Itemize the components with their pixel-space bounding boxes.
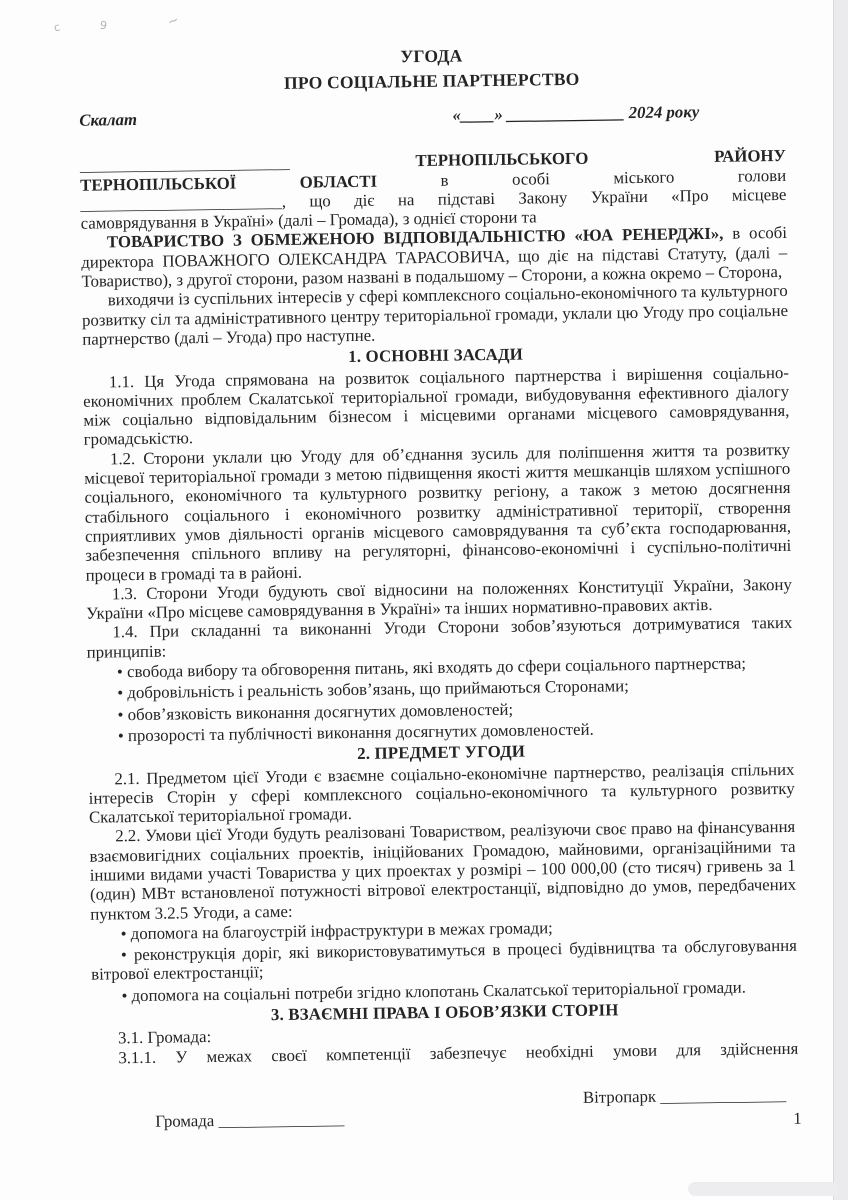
text: 2.2. Умови цієї Угоди будуть реалізовані… [89, 817, 796, 923]
bullet-dot-icon: • [121, 986, 131, 1005]
place-label: Скалат [79, 110, 137, 130]
page-number: 1 [793, 1109, 802, 1128]
text: 2.1. Предметом цієї Угоди є взаємне соці… [89, 759, 795, 826]
paragraph: 1.1. Ця Угода спрямована на розвиток соц… [83, 362, 790, 449]
scanned-page: УГОДА ПРО СОЦІАЛЬНЕ ПАРТНЕРСТВО Скалат «… [78, 0, 801, 1200]
text: виходячи із суспільних інтересів у сфері… [82, 281, 788, 348]
paragraph: 2.1. Предметом цієї Угоди є взаємне соці… [88, 759, 795, 827]
document-body: _________________________ ТЕРНОПІЛЬСЬКОГ… [80, 146, 799, 1067]
date-blank-line: «____» ______________ 2024 року [452, 101, 785, 125]
signature-blank-hromada: _______________ [218, 1109, 344, 1130]
bullet-dot-icon: • [120, 924, 130, 943]
signature-label-vitropark: Вітропарк [583, 1087, 656, 1107]
paragraph: 1.2. Сторони уклали цю Угоду для об’єдна… [84, 440, 792, 585]
bullet-dot-icon: • [118, 726, 128, 745]
bullet-dot-icon: • [117, 683, 127, 702]
place-and-date-row: Скалат «____» ______________ 2024 року [79, 101, 785, 130]
text: 1.2. Сторони уклали цю Угоду для об’єдна… [84, 440, 791, 585]
signature-label-hromada: Громада [155, 1111, 214, 1131]
paragraph: виходячи із суспільних інтересів у сфері… [82, 281, 789, 349]
bullet-dot-icon: • [117, 705, 127, 724]
text [290, 151, 416, 172]
paragraph: ТОВАРИСТВО З ОБМЕЖЕНОЮ ВІДПОВІДАЛЬНІСТЮ … [81, 223, 788, 291]
scan-page-edge [833, 0, 848, 1200]
signature-blank-vitropark: _______________ [660, 1085, 786, 1106]
bullet-dot-icon: • [121, 945, 134, 964]
text: 1.1. Ця Угода спрямована на розвиток соц… [83, 362, 789, 449]
signature-line-hromada: Громада _______________ [155, 1109, 344, 1131]
text: _________________________ [80, 153, 290, 175]
pencil-mark: c [53, 21, 61, 33]
paragraph: 2.2. Умови цієї Угоди будуть реалізовані… [89, 817, 796, 923]
bullet-dot-icon: • [117, 662, 127, 681]
text: 3.1. Громада: [118, 1027, 211, 1047]
signature-line-vitropark: Вітропарк _______________ [583, 1085, 786, 1107]
